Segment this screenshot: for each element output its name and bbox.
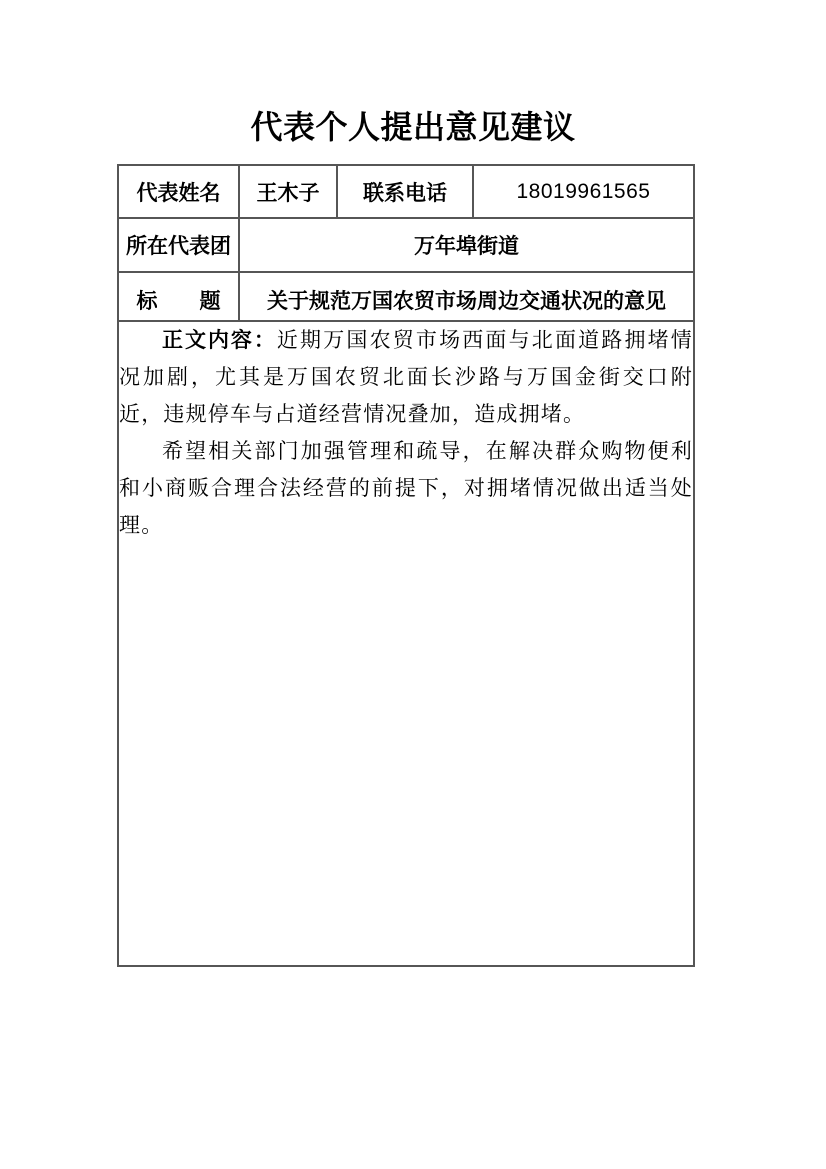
content-paragraph: 正文内容：近期万国农贸市场西面与北面道路拥堵情况加剧，尤其是万国农贸北面长沙路与…	[119, 322, 693, 433]
title-label-text: 标 题	[119, 285, 238, 315]
content-cell: 正文内容：近期万国农贸市场西面与北面道路拥堵情况加剧，尤其是万国农贸北面长沙路与…	[118, 321, 694, 966]
title-value-text: 关于规范万国农贸市场周边交通状况的意见	[240, 285, 693, 315]
title-label-cell: 标 题	[118, 272, 239, 321]
suggestion-form-table: 代表姓名 王木子 联系电话 18019961565 所在代表团 万年埠街道 标 …	[117, 164, 695, 967]
content-paragraph: 希望相关部门加强管理和疏导，在解决群众购物便利和小商贩合理合法经营的前提下，对拥…	[119, 433, 693, 544]
document-title: 代表个人提出意见建议	[0, 102, 826, 148]
name-value-cell: 王木子	[239, 165, 337, 218]
row-content: 正文内容：近期万国农贸市场西面与北面道路拥堵情况加剧，尤其是万国农贸北面长沙路与…	[118, 321, 694, 966]
row-title: 标 题 关于规范万国农贸市场周边交通状况的意见	[118, 272, 694, 321]
title-value-cell: 关于规范万国农贸市场周边交通状况的意见	[239, 272, 694, 321]
phone-value-cell: 18019961565	[473, 165, 694, 218]
content-paragraph-2-text: 希望相关部门加强管理和疏导，在解决群众购物便利和小商贩合理合法经营的前提下，对拥…	[119, 439, 693, 537]
delegation-value-cell: 万年埠街道	[239, 218, 694, 272]
delegation-label-cell: 所在代表团	[118, 218, 239, 272]
row-name-phone: 代表姓名 王木子 联系电话 18019961565	[118, 165, 694, 218]
phone-label-cell: 联系电话	[337, 165, 473, 218]
name-label-cell: 代表姓名	[118, 165, 239, 218]
document-page: 代表个人提出意见建议 代表姓名 王木子 联系电话 18019961565 所在代…	[0, 0, 826, 1169]
row-delegation: 所在代表团 万年埠街道	[118, 218, 694, 272]
content-label: 正文内容：	[162, 329, 277, 352]
